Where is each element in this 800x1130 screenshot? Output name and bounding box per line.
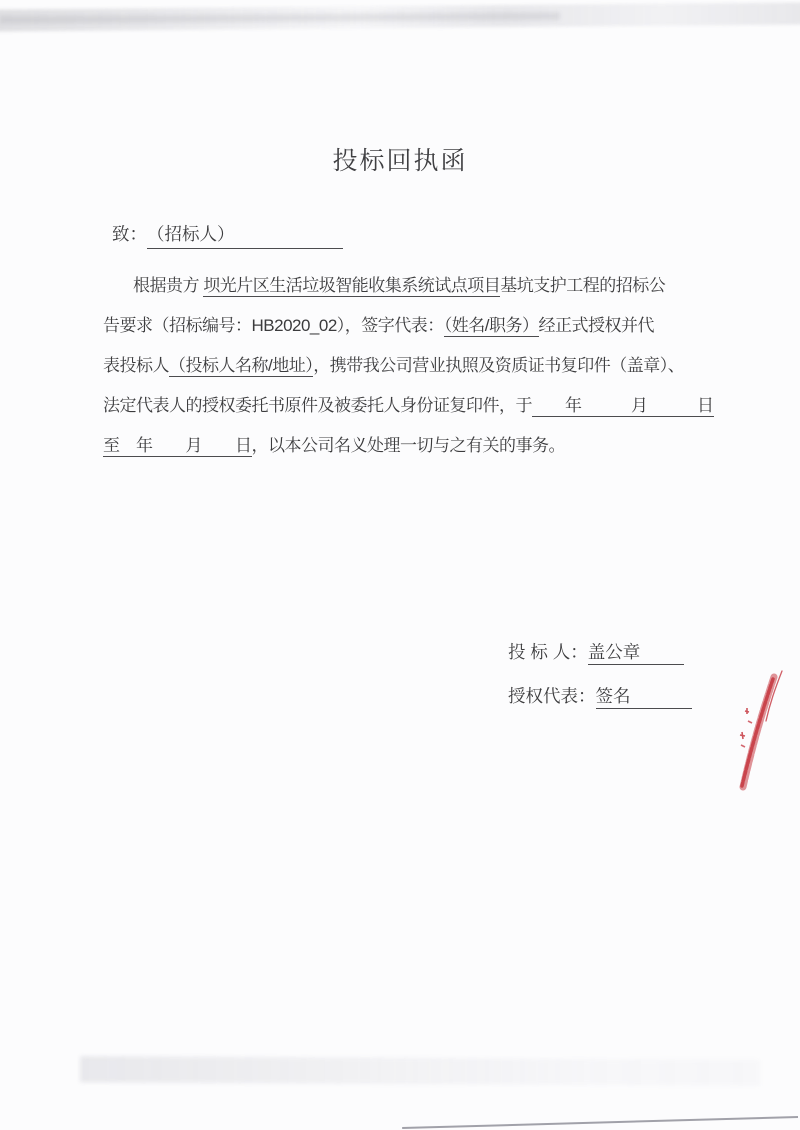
document-title: 投标回执函	[0, 141, 800, 177]
signature-block: 投 标 人：盖公章 授权代表：签名	[508, 630, 692, 718]
date-from-blank-underlined: 年 月 日	[532, 396, 714, 417]
project-name-underlined: 坝光片区生活垃圾智能收集系统试点项目	[203, 276, 500, 297]
signer-name-underlined: （姓名/职务）	[444, 316, 539, 337]
body-line-1-text-end: 基坑支护工程的招标公	[500, 276, 665, 295]
body-line-3: 表投标人（投标人名称/地址），携带我公司营业执照及资质证书复印件（盖章）、	[103, 346, 723, 386]
date-to-blank-underlined: 至 年 月 日	[103, 436, 252, 457]
body-line-3-text: 表投标人	[103, 356, 169, 375]
bidder-name-underlined: （投标人名称/地址）	[169, 356, 313, 377]
body-line-5: 至 年 月 日，以本公司名义处理一切与之有关的事务。	[103, 426, 723, 466]
agent-label: 授权代表：	[508, 686, 596, 706]
addressee-blank: （招标人）	[147, 221, 343, 249]
salutation-line: 致：（招标人）	[112, 221, 343, 249]
agent-signature-row: 授权代表：签名	[508, 674, 692, 718]
body-line-5-text-end: ，以本公司名义处理一切与之有关的事务。	[252, 436, 566, 455]
scan-paper-edge-line	[402, 1116, 798, 1129]
agent-sign-blank: 签名	[596, 685, 692, 709]
body-line-2-text: 告要求（招标编号：HB2020_02），签字代表：	[103, 316, 444, 335]
bidder-seal-blank: 盖公章	[588, 641, 684, 665]
bidder-label: 投 标 人：	[508, 642, 588, 662]
body-line-1: 根据贵方 坝光片区生活垃圾智能收集系统试点项目基坑支护工程的招标公	[103, 266, 723, 306]
body-line-4-text: 法定代表人的授权委托书原件及被委托人身份证复印件，于	[103, 396, 532, 415]
body-line-2: 告要求（招标编号：HB2020_02），签字代表：（姓名/职务）经正式授权并代	[103, 306, 723, 346]
scanned-document-page: 投标回执函 致：（招标人） 根据贵方 坝光片区生活垃圾智能收集系统试点项目基坑支…	[0, 0, 800, 1130]
body-line-3-text-end: ，携带我公司营业执照及资质证书复印件（盖章）、	[313, 356, 684, 375]
bidder-signature-row: 投 标 人：盖公章	[508, 630, 692, 674]
body-paragraph: 根据贵方 坝光片区生活垃圾智能收集系统试点项目基坑支护工程的招标公 告要求（招标…	[103, 266, 723, 466]
red-seal-fragment-icon	[728, 665, 792, 800]
body-line-1-text: 根据贵方	[133, 276, 203, 295]
body-line-2-text-end: 经正式授权并代	[539, 316, 655, 335]
salutation-label: 致：	[112, 224, 147, 244]
scan-noise-band-bottom	[80, 1056, 760, 1086]
body-line-4: 法定代表人的授权委托书原件及被委托人身份证复印件，于 年 月 日	[103, 386, 723, 426]
